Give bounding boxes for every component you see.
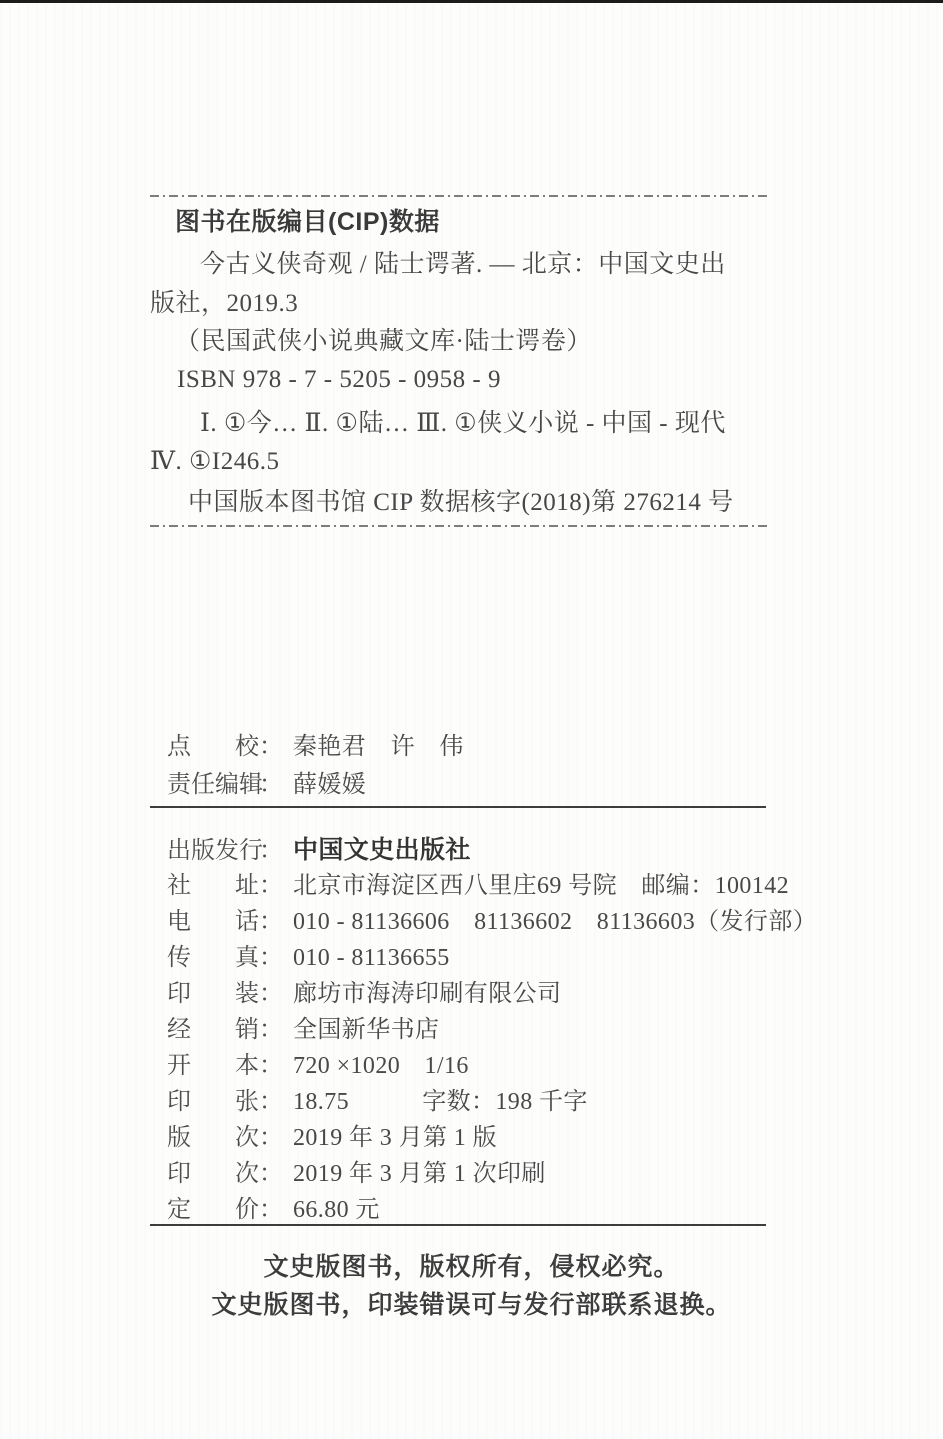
pub-label: 印次 [167, 1156, 259, 1192]
pub-row-edition: 版次：2019 年 3 月第 1 版 [150, 1120, 817, 1156]
pub-row-price: 定价：66.80 元 [150, 1192, 817, 1228]
divider-rule-upper [150, 806, 766, 808]
pub-value: 2019 年 3 月第 1 次印刷 [293, 1161, 546, 1187]
pub-value: 廊坊市海涛印刷有限公司 [293, 981, 561, 1007]
cip-title: 图书在版编目(CIP)数据 [175, 207, 440, 237]
copyright-notice-line1: 文史版图书，版权所有，侵权必究。 [0, 1248, 943, 1286]
copyright-notice-line2: 文史版图书，印装错误可与发行部联系退换。 [0, 1286, 943, 1324]
pub-row-address: 社址：北京市海淀区西八里庄69 号院 邮编：100142 [150, 868, 817, 904]
pub-label: 印张 [167, 1084, 259, 1120]
pub-row-printer: 印装：廊坊市海涛印刷有限公司 [150, 976, 817, 1012]
pub-label: 定价 [167, 1192, 259, 1228]
credits-block: 点校：秦艳君 许 伟 责任编辑：薛媛媛 [150, 728, 464, 804]
cip-classification-line2: Ⅳ. ①I246.5 [150, 447, 279, 477]
pub-row-sheets: 印张：18.75 字数：198 千字 [150, 1084, 817, 1120]
pub-label: 经销 [167, 1012, 259, 1048]
pub-value: 010 - 81136606 81136602 81136603（发行部） [293, 909, 817, 935]
pub-value: 中国文史出版社 [293, 836, 471, 864]
pub-value: 010 - 81136655 [293, 945, 450, 971]
colon-separator: ： [259, 909, 283, 935]
colon-separator: ： [259, 1053, 283, 1079]
colon-separator: ： [259, 1197, 283, 1223]
publication-info-block: 出版发行：中国文史出版社 社址：北京市海淀区西八里庄69 号院 邮编：10014… [150, 832, 817, 1228]
pub-value: 全国新华书店 [293, 1017, 439, 1043]
credits-value: 薛媛媛 [293, 772, 366, 798]
cip-classification-line1: Ⅰ. ①今… Ⅱ. ①陆… Ⅲ. ①侠义小说 - 中国 - 现代 [200, 409, 726, 439]
pub-row-fax: 传真：010 - 81136655 [150, 940, 817, 976]
colon-separator: ： [259, 945, 283, 971]
page-top-edge-line [0, 0, 943, 3]
cip-data-block: 图书在版编目(CIP)数据 今古义侠奇观 / 陆士谔著. — 北京：中国文史出 … [150, 195, 768, 527]
pub-value: 北京市海淀区西八里庄69 号院 邮编：100142 [293, 873, 789, 899]
pub-row-distributor: 经销：全国新华书店 [150, 1012, 817, 1048]
credits-row-editor: 责任编辑：薛媛媛 [150, 766, 464, 804]
cip-entry-line1: 今古义侠奇观 / 陆士谔著. — 北京：中国文史出 [200, 250, 726, 280]
colon-separator: ： [259, 772, 283, 798]
book-copyright-page: 图书在版编目(CIP)数据 今古义侠奇观 / 陆士谔著. — 北京：中国文史出 … [0, 0, 943, 1439]
copyright-notice-block: 文史版图书，版权所有，侵权必究。 文史版图书，印装错误可与发行部联系退换。 [0, 1248, 943, 1324]
cip-record-number: 中国版本图书馆 CIP 数据核字(2018)第 276214 号 [188, 488, 734, 518]
colon-separator: ： [259, 734, 283, 760]
pub-value: 66.80 元 [293, 1197, 380, 1223]
pub-row-format: 开本：720 ×1020 1/16 [150, 1048, 817, 1084]
cip-bottom-dashed-border [150, 525, 768, 527]
pub-label: 开本 [167, 1048, 259, 1084]
pub-label: 传真 [167, 940, 259, 976]
pub-row-phone: 电话：010 - 81136606 81136602 81136603（发行部） [150, 904, 817, 940]
pub-value: 2019 年 3 月第 1 版 [293, 1125, 497, 1151]
pub-label: 印装 [167, 976, 259, 1012]
colon-separator: ： [259, 981, 283, 1007]
divider-rule-lower [150, 1224, 766, 1226]
colon-separator: ： [259, 873, 283, 899]
cip-series-note: （民国武侠小说典藏文库·陆士谔卷） [175, 327, 592, 357]
colon-separator: ： [259, 1161, 283, 1187]
credits-label: 点校 [167, 728, 259, 766]
pub-label: 出版发行 [167, 833, 259, 869]
cip-isbn: ISBN 978 - 7 - 5205 - 0958 - 9 [177, 365, 501, 395]
pub-label: 社址 [167, 868, 259, 904]
pub-label: 电话 [167, 904, 259, 940]
colon-separator: ： [259, 838, 283, 864]
pub-label: 版次 [167, 1120, 259, 1156]
colon-separator: ： [259, 1089, 283, 1115]
pub-value: 18.75 字数：198 千字 [293, 1089, 588, 1115]
pub-row-publisher: 出版发行：中国文史出版社 [150, 832, 817, 868]
credits-row-proofreaders: 点校：秦艳君 许 伟 [150, 728, 464, 766]
credits-label: 责任编辑 [167, 766, 259, 804]
pub-row-printing: 印次：2019 年 3 月第 1 次印刷 [150, 1156, 817, 1192]
colon-separator: ： [259, 1125, 283, 1151]
colon-separator: ： [259, 1017, 283, 1043]
pub-value: 720 ×1020 1/16 [293, 1053, 469, 1079]
cip-entry-line2: 版社，2019.3 [150, 289, 298, 319]
cip-top-dashed-border [150, 195, 768, 197]
credits-value: 秦艳君 许 伟 [293, 734, 464, 760]
